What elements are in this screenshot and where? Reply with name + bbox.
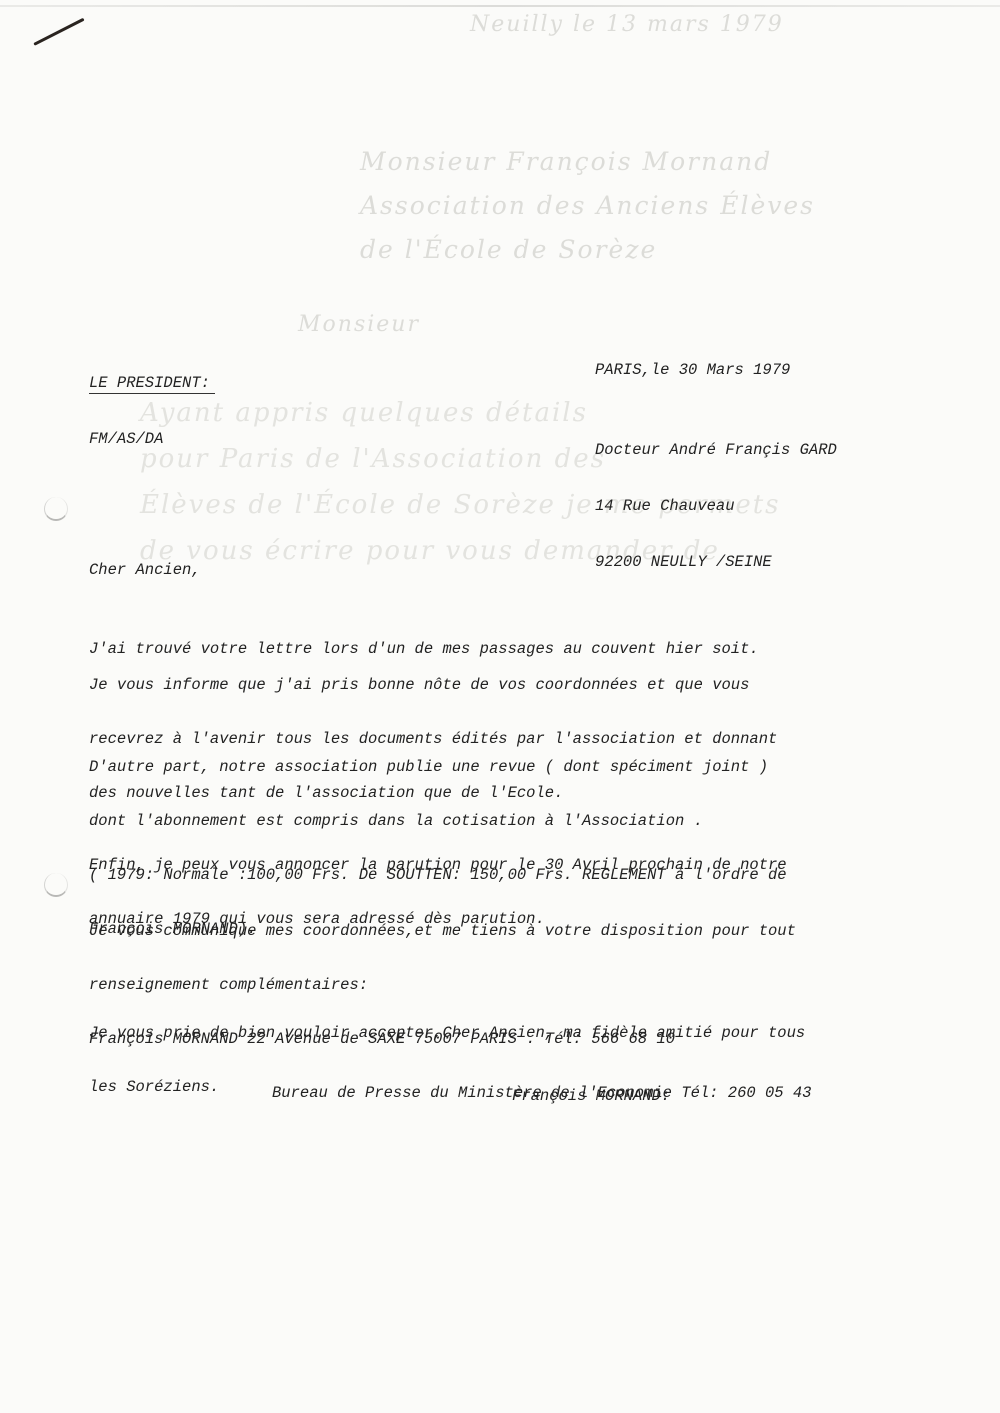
date-line: PARIS,le 30 Mars 1979 — [595, 361, 790, 379]
recipient-city: 92200 NEULLY /SEINE — [595, 552, 837, 572]
recipient-name: Docteur André Françis GARD — [595, 440, 837, 460]
punch-hole-mark — [44, 497, 68, 521]
closing-paragraph: Je vous prie de bien vouloir accepter,Ch… — [89, 988, 805, 1132]
reference-heading: LE PRESIDENT: — [89, 374, 215, 394]
punch-hole-mark — [44, 873, 68, 897]
scan-edge-line — [0, 5, 1000, 7]
bleed-through-date: Neuilly le 13 mars 1979 — [470, 12, 784, 37]
recipient-address: Docteur André Françis GARD 14 Rue Chauve… — [595, 404, 837, 608]
signature: François MORNAND: — [512, 1087, 670, 1105]
bleed-through-greeting: Monsieur — [298, 312, 420, 337]
letter-page: Neuilly le 13 mars 1979 Monsieur Françoi… — [0, 0, 1000, 1413]
pen-stroke-mark — [33, 18, 84, 46]
salutation: Cher Ancien, — [89, 561, 201, 579]
recipient-street: 14 Rue Chauveau — [595, 496, 837, 516]
reference-block: LE PRESIDENT: FM/AS/DA — [89, 338, 215, 484]
bleed-through-address: Monsieur François Mornand Association de… — [360, 140, 815, 272]
reference-code: FM/AS/DA — [89, 430, 215, 448]
